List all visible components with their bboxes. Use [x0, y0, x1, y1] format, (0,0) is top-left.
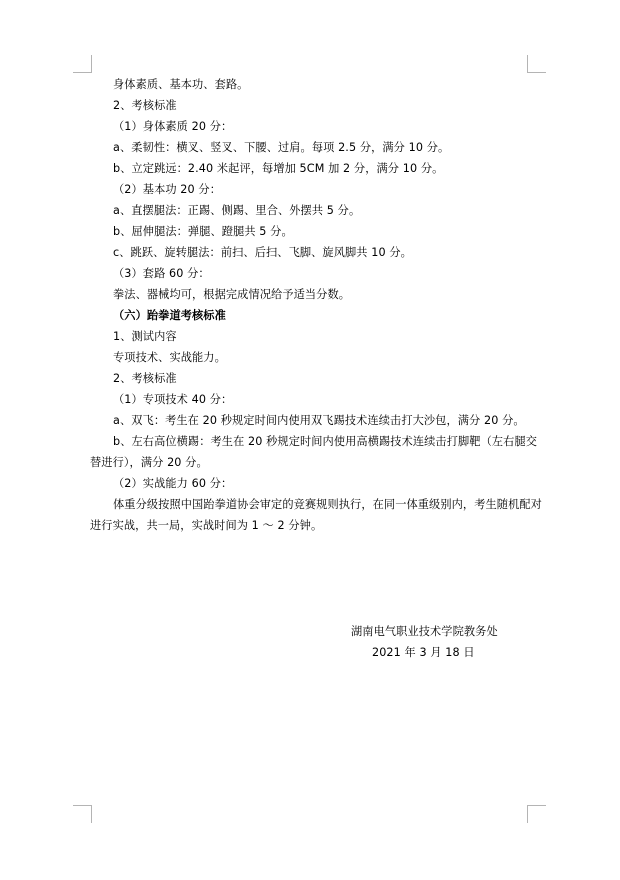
paragraph-line: （3）套路 60 分： [113, 263, 210, 284]
paragraph-line: （1）身体素质 20 分： [113, 116, 232, 137]
paragraph-line: c、跳跃、旋转腿法：前扫、后扫、飞脚、旋风脚共 10 分。 [113, 242, 412, 263]
paragraph-line: 1、测试内容 [113, 326, 177, 347]
paragraph-line: b、立定跳远：2.40 米起评，每增加 5CM 加 2 分，满分 10 分。 [113, 158, 443, 179]
paragraph-line: 体重分级按照中国跆拳道协会审定的竞赛规则执行，在同一体重级别内，考生随机配对 [113, 494, 542, 515]
paragraph-line: （1）专项技术 40 分： [113, 389, 232, 410]
paragraph-line: b、左右高位横踢：考生在 20 秒规定时间内使用高横踢技术连续击打脚靶（左右腿交 [113, 431, 537, 452]
paragraph-line: 进行实战，共一局，实战时间为 1 ～ 2 分钟。 [90, 515, 322, 536]
signature-date: 2021 年 3 月 18 日 [372, 642, 475, 663]
signature-office: 湖南电气职业技术学院教务处 [351, 621, 498, 642]
paragraph-line: （2）基本功 20 分： [113, 179, 221, 200]
paragraph-line: 专项技术、实战能力。 [113, 347, 226, 368]
paragraph-line: a、直摆腿法：正踢、侧踢、里合、外摆共 5 分。 [113, 200, 360, 221]
paragraph-line: a、双飞：考生在 20 秒规定时间内使用双飞踢技术连续击打大沙包，满分 20 分… [113, 410, 525, 431]
paragraph-line: 2、考核标准 [113, 95, 177, 116]
paragraph-line: 2、考核标准 [113, 368, 177, 389]
paragraph-line: 拳法、器械均可，根据完成情况给予适当分数。 [113, 284, 350, 305]
paragraph-line: 身体素质、基本功、套路。 [113, 74, 248, 95]
section-heading: （六）跆拳道考核标准 [113, 305, 226, 326]
paragraph-line: a、柔韧性：横叉、竖叉、下腰、过肩。每项 2.5 分，满分 10 分。 [113, 137, 449, 158]
paragraph-line: 替进行），满分 20 分。 [90, 452, 208, 473]
paragraph-line: b、屈伸腿法：弹腿、蹬腿共 5 分。 [113, 221, 293, 242]
paragraph-line: （2）实战能力 60 分： [113, 473, 232, 494]
